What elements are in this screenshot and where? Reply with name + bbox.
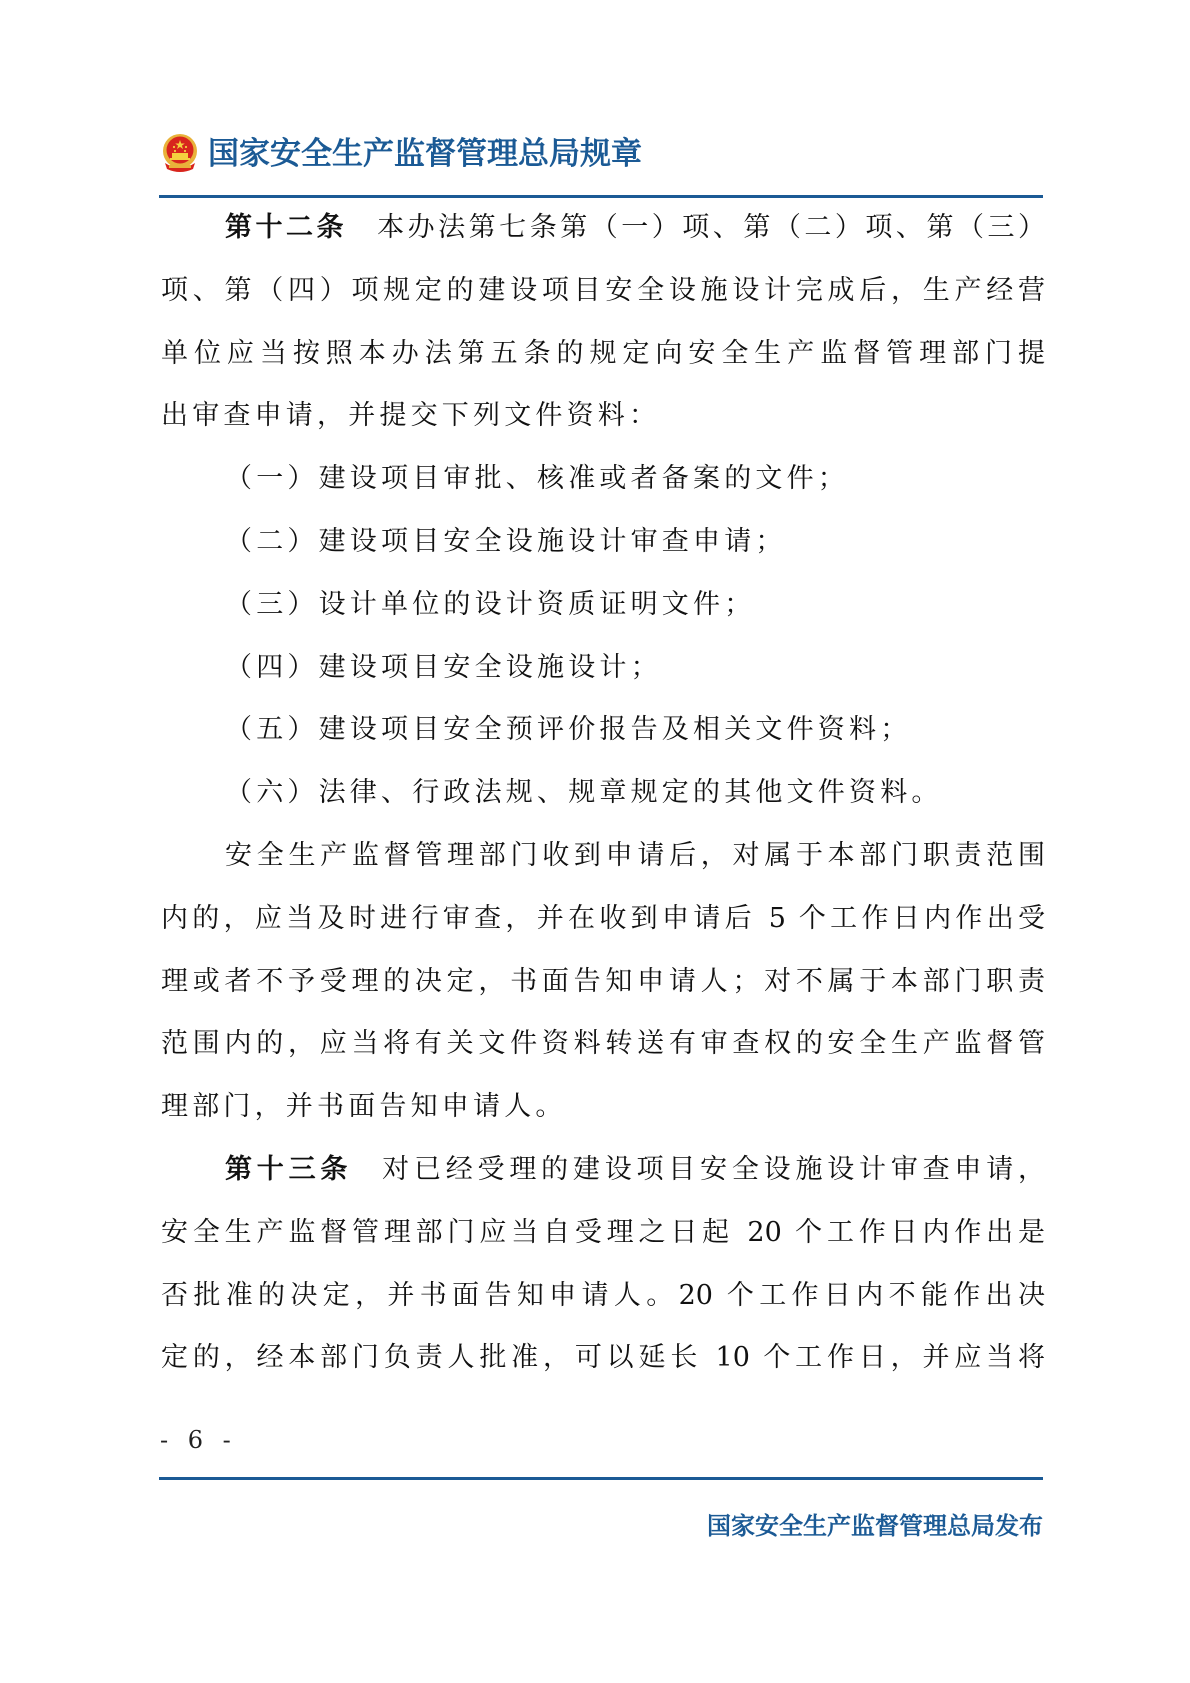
footer-publisher: 国家安全生产监督管理总局发布: [707, 1508, 1043, 1544]
list-item: （六）法律、行政法规、规章规定的其他文件资料。: [161, 762, 1045, 825]
article-13-line-1: 第十三条对已经受理的建设项目安全设施设计审查申请，: [161, 1139, 1045, 1202]
national-emblem-icon: [160, 133, 200, 175]
article-12-text: 本办法第七条第（一）项、第（二）项、第（三）: [377, 212, 1045, 243]
article-12-line: 出审查申请，并提交下列文件资料：: [161, 385, 1045, 448]
article-12-line-1: 第十二条本办法第七条第（一）项、第（二）项、第（三）: [161, 197, 1045, 260]
article-13-heading: 第十三条: [225, 1154, 352, 1185]
header-title: 国家安全生产监督管理总局规章: [208, 133, 642, 175]
article-12-line: 单位应当按照本办法第五条的规定向安全生产监督管理部门提: [161, 323, 1045, 386]
paragraph-line: 安全生产监督管理部门收到申请后，对属于本部门职责范围: [161, 825, 1045, 888]
paragraph-line: 理或者不予受理的决定，书面告知申请人；对不属于本部门职责: [161, 951, 1045, 1014]
article-13-text: 对已经受理的建设项目安全设施设计审查申请，: [382, 1154, 1045, 1185]
list-item: （四）建设项目安全设施设计；: [161, 637, 1045, 700]
document-header: 国家安全生产监督管理总局规章: [160, 128, 642, 180]
article-13-line: 安全生产监督管理部门应当自受理之日起 20 个工作日内作出是: [161, 1202, 1045, 1265]
list-item: （五）建设项目安全预评价报告及相关文件资料；: [161, 699, 1045, 762]
list-item: （二）建设项目安全设施设计审查申请；: [161, 511, 1045, 574]
document-body: 第十二条本办法第七条第（一）项、第（二）项、第（三） 项、第（四）项规定的建设项…: [161, 197, 1045, 1390]
list-item: （三）设计单位的设计资质证明文件；: [161, 574, 1045, 637]
page-number: - 6 -: [160, 1422, 237, 1458]
list-item: （一）建设项目审批、核准或者备案的文件；: [161, 448, 1045, 511]
article-12-heading: 第十二条: [225, 212, 347, 243]
paragraph-line: 理部门，并书面告知申请人。: [161, 1076, 1045, 1139]
paragraph-line: 范围内的，应当将有关文件资料转送有审查权的安全生产监督管: [161, 1013, 1045, 1076]
article-12-line: 项、第（四）项规定的建设项目安全设施设计完成后，生产经营: [161, 260, 1045, 323]
article-13-line: 否批准的决定，并书面告知申请人。20 个工作日内不能作出决: [161, 1265, 1045, 1328]
article-13-line: 定的，经本部门负责人批准，可以延长 10 个工作日，并应当将: [161, 1327, 1045, 1390]
footer-divider: [159, 1477, 1043, 1480]
paragraph-line: 内的，应当及时进行审查，并在收到申请后 5 个工作日内作出受: [161, 888, 1045, 951]
